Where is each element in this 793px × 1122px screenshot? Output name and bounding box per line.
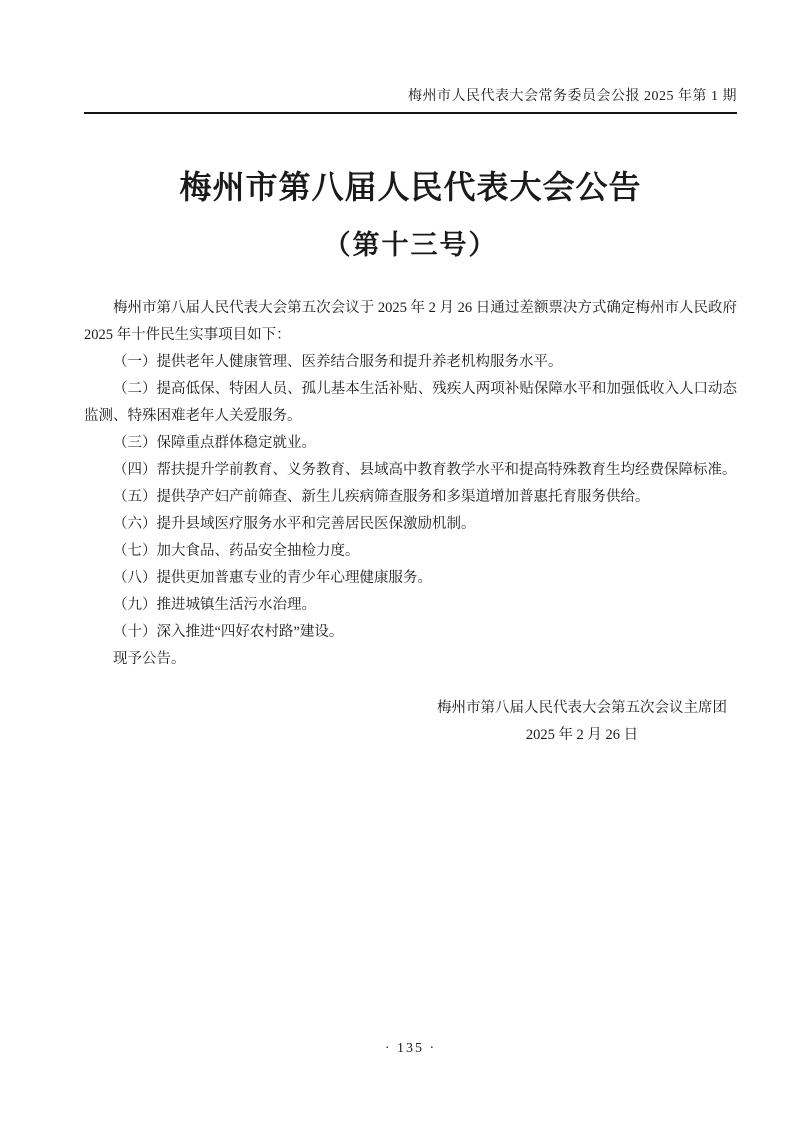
list-item-4: （四）帮扶提升学前教育、义务教育、县域高中教育教学水平和提高特殊教育生均经费保障… [84, 457, 737, 484]
page-content: 梅州市人民代表大会常务委员会公报 2025 年第 1 期 梅州市第八届人民代表大… [0, 0, 793, 749]
list-item-1: （一）提供老年人健康管理、医养结合服务和提升养老机构服务水平。 [84, 349, 737, 376]
list-item-2: （二）提高低保、特困人员、孤儿基本生活补贴、残疾人两项补贴保障水平和加强低收入人… [84, 376, 737, 430]
list-item-3: （三）保障重点群体稳定就业。 [84, 430, 737, 457]
list-item-7: （七）加大食品、药品安全抽检力度。 [84, 538, 737, 565]
page-number: · 135 · [84, 1040, 737, 1058]
list-item-5: （五）提供孕产妇产前筛查、新生儿疾病筛查服务和多渠道增加普惠托育服务供给。 [84, 484, 737, 511]
closing-paragraph: 现予公告。 [84, 646, 737, 673]
list-item-8: （八）提供更加普惠专业的青少年心理健康服务。 [84, 565, 737, 592]
list-item-10: （十）深入推进“四好农村路”建设。 [84, 619, 737, 646]
document-title: 梅州市第八届人民代表大会公告 [84, 168, 737, 206]
signature-organization: 梅州市第八届人民代表大会第五次会议主席团 [437, 695, 727, 722]
list-item-9: （九）推进城镇生活污水治理。 [84, 592, 737, 619]
header-rule [84, 112, 737, 114]
list-item-6: （六）提升县域医疗服务水平和完善居民医保激励机制。 [84, 511, 737, 538]
intro-paragraph: 梅州市第八届人民代表大会第五次会议于 2025 年 2 月 26 日通过差额票决… [84, 295, 737, 349]
gazette-page: 梅州市人民代表大会常务委员会公报 2025 年第 1 期 梅州市第八届人民代表大… [0, 0, 793, 1122]
signature-block: 梅州市第八届人民代表大会第五次会议主席团 2025 年 2 月 26 日 [84, 695, 737, 749]
signature-date: 2025 年 2 月 26 日 [437, 722, 727, 749]
running-head: 梅州市人民代表大会常务委员会公报 2025 年第 1 期 [84, 0, 737, 106]
document-body: 梅州市第八届人民代表大会第五次会议于 2025 年 2 月 26 日通过差额票决… [84, 295, 737, 673]
document-subtitle: （第十三号） [84, 227, 737, 263]
signature-inner: 梅州市第八届人民代表大会第五次会议主席团 2025 年 2 月 26 日 [437, 695, 727, 749]
